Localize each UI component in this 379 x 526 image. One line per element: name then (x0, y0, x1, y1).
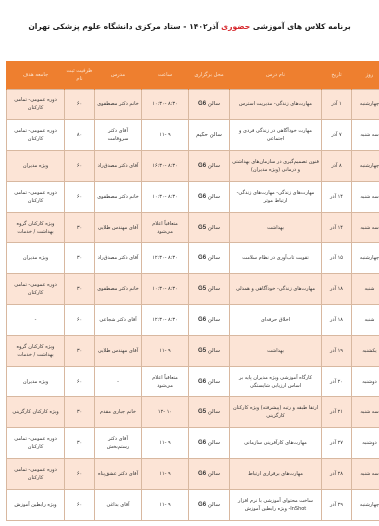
cell-time: متعاقباً اعلام می‌شود (142, 366, 189, 397)
cell-date: ۲۹ آذر (322, 489, 352, 520)
cell-course: فنون تصمیم‌گیری در سازمان‌های بهداشتی و … (230, 151, 322, 182)
cell-date: ۱۴ آذر (322, 181, 352, 212)
cell-capacity: ۳۰ (65, 274, 95, 305)
hall-code: G6 (198, 502, 206, 508)
cell-teacher: - (95, 366, 142, 397)
hall-prefix: سالن (208, 471, 220, 477)
table-row: چهارشنبه۱۵ آذرتقویت تاب‌آوری در نظام سلا… (7, 243, 379, 274)
cell-time: ۸:۳۰ -۱۲:۳۰ (142, 305, 189, 336)
cell-hall: سالن G5 (189, 397, 230, 428)
cell-course: بهداشت (230, 212, 322, 243)
cell-capacity: ۶۰ (65, 366, 95, 397)
cell-hall: سالن G6 (189, 89, 230, 120)
cell-course: مهارت‌های زندگی- مهارت‌های زندگی- ارتباط… (230, 181, 322, 212)
cell-day: دوشنبه (352, 366, 379, 397)
cell-date: ۷ آذر (322, 120, 352, 151)
cell-day: دوشنبه (352, 428, 379, 459)
cell-audience: ویژه مدیران (7, 366, 65, 397)
table-row: سه شنبه۲۸ آذرمهارت‌های برقراری ارتباطسال… (7, 459, 379, 490)
cell-capacity: ۳۰ (65, 212, 95, 243)
cell-audience: ویژه مدیران (7, 243, 65, 274)
cell-course: ساخت محتوای آموزشی با نرم افزار InShot- … (230, 489, 322, 520)
header-time: ساعت (142, 61, 189, 89)
cell-time: ۸:۳۰ -۱۰:۳۰ (142, 274, 189, 305)
cell-teacher: آقای دکتر عشق‌پناه (95, 459, 142, 490)
table-row: دوشنبه۲۷ آذرمهارت‌های کارآفرینی سازمانیس… (7, 428, 379, 459)
hall-code: G6 (198, 440, 206, 446)
cell-teacher: آقای دکتر رستم‌بخش (95, 428, 142, 459)
cell-audience: ویژه مدیران (7, 151, 65, 182)
cell-time: ۹ -۱۱ (142, 335, 189, 366)
cell-day: چهارشنبه (352, 151, 379, 182)
hall-code: G5 (198, 348, 206, 354)
hall-prefix: سالن (208, 194, 220, 200)
cell-date: ۲۱ آذر (322, 397, 352, 428)
hall-code: G6 (198, 101, 206, 107)
cell-time: ۹ -۱۱ (142, 489, 189, 520)
cell-capacity: ۸۰ (65, 120, 95, 151)
cell-audience: ویژه کارکنان گروه بهداشت / خدمات (7, 335, 65, 366)
table-row: شنبه۱۸ آذراخلاق حرفه‌ایسالن G6۸:۳۰ -۱۲:۳… (7, 305, 379, 336)
hall-code: G5 (198, 286, 206, 292)
hall-prefix: سالن (208, 379, 220, 385)
cell-audience: ویژه کارکنان گروه بهداشت / خدمات (7, 212, 65, 243)
header-teacher: مدرس (95, 61, 142, 89)
cell-time: ۹ -۱۱ (142, 459, 189, 490)
cell-hall: سالن G6 (189, 151, 230, 182)
hall-code: G5 (198, 225, 206, 231)
table-row: سه شنبه۷ آذرمهارت خودآگاهی در زندگی فردی… (7, 120, 379, 151)
cell-course: بهداشت (230, 335, 322, 366)
hall-prefix: سالن حکیم (196, 132, 222, 138)
cell-time: ۹ -۱۱ (142, 120, 189, 151)
title-prefix: برنامه کلاس های آموزشی (250, 22, 350, 31)
cell-teacher: خانم دکتر مصطفوی (95, 181, 142, 212)
cell-teacher: آقای دکتر مصدق‌راد (95, 151, 142, 182)
cell-course: مهارت‌های زندگی- خودآگاهی و همدلی (230, 274, 322, 305)
hall-prefix: سالن (208, 502, 220, 508)
cell-time: متعاقباً اعلام می‌شود (142, 212, 189, 243)
cell-time: ۸:۳۰ -۱۲:۳۰ (142, 243, 189, 274)
cell-hall: سالن G6 (189, 181, 230, 212)
table-row: سه شنبه۱۴ آذربهداشتسالن G5متعاقباً اعلام… (7, 212, 379, 243)
cell-teacher: آقای دکتر مصدق‌راد (95, 243, 142, 274)
hall-code: G6 (198, 379, 206, 385)
cell-hall: سالن G6 (189, 459, 230, 490)
cell-time: ۸:۳۰ -۱۰:۳۰ (142, 181, 189, 212)
cell-time: ۱۰ -۱۲ (142, 397, 189, 428)
cell-day: چهارشنبه (352, 489, 379, 520)
table-row: چهارشنبه۱ آذرمهارت‌های زندگی- مدیریت است… (7, 89, 379, 120)
header-hall: محل برگزاری (189, 61, 230, 89)
cell-capacity: ۳۰ (65, 428, 95, 459)
cell-teacher: آقای دکتر سروقامت (95, 120, 142, 151)
header-audience: جامعه هدف (7, 61, 65, 89)
cell-audience: دوره عمومی- تمامی کارکنان (7, 120, 65, 151)
cell-teacher: آقای مهندس طلایی (95, 335, 142, 366)
cell-day: سه شنبه (352, 120, 379, 151)
cell-hall: سالن G6 (189, 489, 230, 520)
header-day: روز (352, 61, 379, 89)
hall-code: G6 (198, 255, 206, 261)
cell-capacity: ۶۰ (65, 181, 95, 212)
cell-hall: سالن G5 (189, 274, 230, 305)
table-row: یکشنبه۱۹ آذربهداشتسالن G5۹ -۱۱آقای مهندس… (7, 335, 379, 366)
cell-course: مهارت‌های زندگی- مدیریت استرس (230, 89, 322, 120)
cell-audience: ویژه رابطین آموزش (7, 489, 65, 520)
cell-audience: دوره عمومی- تمامی کارکنان (7, 428, 65, 459)
cell-hall: سالن حکیم (189, 120, 230, 151)
hall-prefix: سالن (208, 163, 220, 169)
cell-day: سه شنبه (352, 181, 379, 212)
cell-course: مهارت خودآگاهی در زندگی فردی و اجتماعی (230, 120, 322, 151)
table-row: سه شنبه۱۴ آذرمهارت‌های زندگی- مهارت‌های … (7, 181, 379, 212)
cell-hall: سالن G6 (189, 366, 230, 397)
cell-date: ۲۰ آذر (322, 366, 352, 397)
cell-capacity: ۶۰ (65, 459, 95, 490)
cell-capacity: ۳۰ (65, 335, 95, 366)
cell-date: ۲۸ آذر (322, 459, 352, 490)
cell-audience: دوره عمومی- تمامی کارکنان (7, 274, 65, 305)
header-capacity: ظرفیت ثبت نام (65, 61, 95, 89)
cell-day: سه شنبه (352, 212, 379, 243)
cell-day: شنبه (352, 274, 379, 305)
cell-course: اخلاق حرفه‌ای (230, 305, 322, 336)
cell-capacity: ۶۰ (65, 89, 95, 120)
cell-teacher: آقای بداغی (95, 489, 142, 520)
cell-course: کارگاه آموزشی ویژه مدیران پایه بر اساس ا… (230, 366, 322, 397)
cell-hall: سالن G6 (189, 243, 230, 274)
cell-hall: سالن G5 (189, 212, 230, 243)
cell-hall: سالن G5 (189, 335, 230, 366)
cell-day: یکشنبه (352, 335, 379, 366)
cell-course: مهارت‌های کارآفرینی سازمانی (230, 428, 322, 459)
cell-date: ۸ آذر (322, 151, 352, 182)
cell-date: ۱۸ آذر (322, 274, 352, 305)
cell-date: ۱ آذر (322, 89, 352, 120)
cell-day: چهارشنبه (352, 243, 379, 274)
cell-teacher: خانم جباری مقدم (95, 397, 142, 428)
hall-prefix: سالن (208, 225, 220, 231)
hall-code: G6 (198, 194, 206, 200)
table-header-row: روز تاریخ نام درس محل برگزاری ساعت مدرس … (7, 61, 379, 89)
cell-audience: دوره عمومی- تمامی کارکنان (7, 459, 65, 490)
cell-teacher: آقای دکتر شجاعی (95, 305, 142, 336)
cell-hall: سالن G6 (189, 305, 230, 336)
hall-prefix: سالن (208, 440, 220, 446)
cell-capacity: ۶۰ (65, 151, 95, 182)
cell-audience: - (7, 305, 65, 336)
cell-capacity: ۳۰ (65, 397, 95, 428)
cell-capacity: ۶۰ (65, 305, 95, 336)
hall-code: G6 (198, 163, 206, 169)
cell-capacity: ۳۰ (65, 243, 95, 274)
table-row: شنبه۱۸ آذرمهارت‌های زندگی- خودآگاهی و هم… (7, 274, 379, 305)
cell-date: ۱۹ آذر (322, 335, 352, 366)
cell-audience: ویژه کارکنان کارگزینی (7, 397, 65, 428)
cell-course: ارتقا طبقه و رتبه (پیشرفته) ویژه کارکنان… (230, 397, 322, 428)
table-row: چهارشنبه۲۹ آذرساخت محتوای آموزشی با نرم … (7, 489, 379, 520)
cell-time: ۹ -۱۱ (142, 428, 189, 459)
cell-day: سه شنبه (352, 459, 379, 490)
cell-teacher: خانم دکتر مصطفوی (95, 274, 142, 305)
hall-prefix: سالن (208, 409, 220, 415)
cell-audience: دوره عمومی- تمامی کارکنان (7, 89, 65, 120)
cell-teacher: آقای مهندس طلایی (95, 212, 142, 243)
cell-capacity: ۶۰ (65, 489, 95, 520)
schedule-table: روز تاریخ نام درس محل برگزاری ساعت مدرس … (6, 61, 379, 521)
cell-hall: سالن G6 (189, 428, 230, 459)
table-row: چهارشنبه۸ آذرفنون تصمیم‌گیری در سازمان‌ه… (7, 151, 379, 182)
cell-day: چهارشنبه (352, 89, 379, 120)
hall-code: G5 (198, 409, 206, 415)
hall-prefix: سالن (208, 317, 220, 323)
cell-course: تقویت تاب‌آوری در نظام سلامت (230, 243, 322, 274)
cell-course: مهارت‌های برقراری ارتباط (230, 459, 322, 490)
hall-prefix: سالن (208, 101, 220, 107)
cell-time: ۸:۳۰ -۱۶:۳۰ (142, 151, 189, 182)
hall-prefix: سالن (208, 348, 220, 354)
table-row: سه شنبه۲۱ آذرارتقا طبقه و رتبه (پیشرفته)… (7, 397, 379, 428)
hall-prefix: سالن (208, 286, 220, 292)
cell-audience: دوره عمومی- تمامی کارکنان (7, 181, 65, 212)
page-title: برنامه کلاس های آموزشی حضوری آذر۱۴۰۲ - س… (0, 22, 379, 31)
cell-day: شنبه (352, 305, 379, 336)
title-accent: حضوری (221, 22, 250, 31)
cell-date: ۲۷ آذر (322, 428, 352, 459)
hall-prefix: سالن (208, 255, 220, 261)
title-suffix: آذر۱۴۰۲ - ستاد مرکزی دانشگاه علوم پزشکی … (28, 22, 221, 31)
cell-time: ۸:۳۰ -۱۰:۳۰ (142, 89, 189, 120)
cell-day: سه شنبه (352, 397, 379, 428)
cell-date: ۱۸ آذر (322, 305, 352, 336)
cell-teacher: خانم دکتر مصطفوی (95, 89, 142, 120)
header-course: نام درس (230, 61, 322, 89)
hall-code: G6 (198, 317, 206, 323)
cell-date: ۱۵ آذر (322, 243, 352, 274)
cell-date: ۱۴ آذر (322, 212, 352, 243)
header-date: تاریخ (322, 61, 352, 89)
hall-code: G6 (198, 471, 206, 477)
table-row: دوشنبه۲۰ آذرکارگاه آموزشی ویژه مدیران پا… (7, 366, 379, 397)
